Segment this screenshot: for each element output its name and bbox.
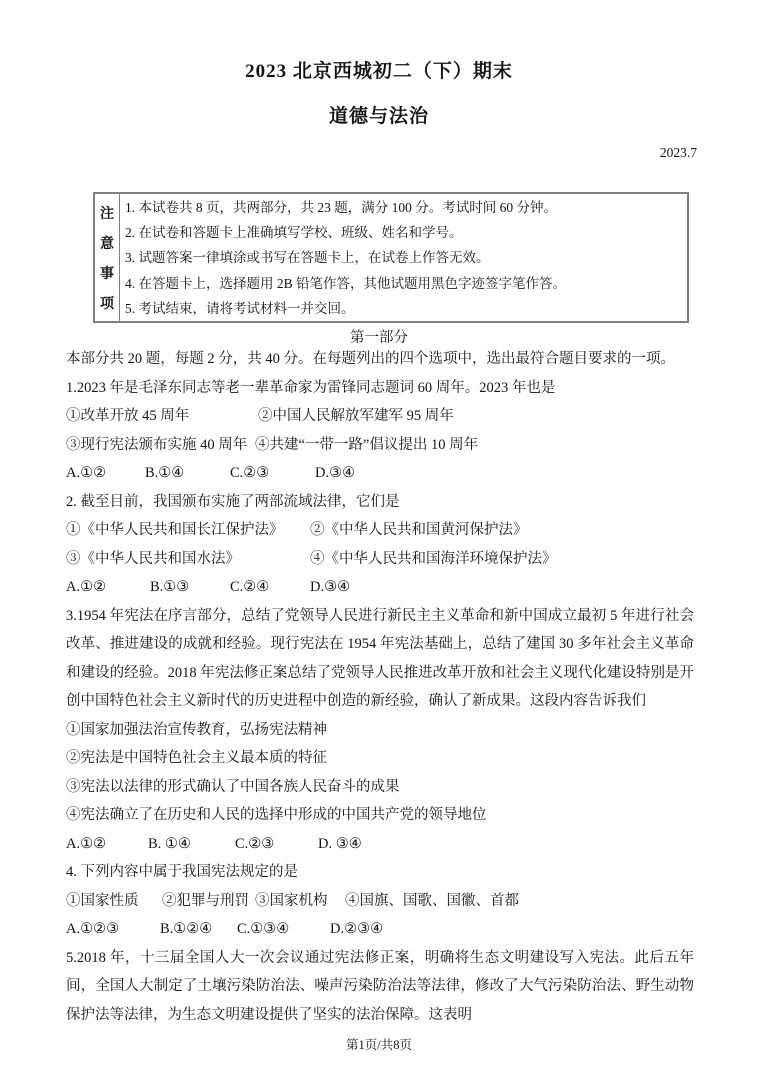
notice-label-char: 事 xyxy=(100,263,114,283)
option-item: ③国家机构 xyxy=(255,887,345,916)
section-intro: 本部分共 20 题，每题 2 分，共 40 分。在每题列出的四个选项中，选出最符… xyxy=(66,345,694,374)
q4-option-row: ①国家性质 ②犯罪与刑罚 ③国家机构 ④国旗、国歌、国徽、首都 xyxy=(66,887,694,916)
answer-choice-b: B. ①④ xyxy=(148,830,235,859)
notice-item-list: 1. 本试卷共 8 页，共两部分，共 23 题，满分 100 分。考试时间 60… xyxy=(120,194,687,321)
answer-choice-d: D. ③④ xyxy=(318,830,362,859)
answer-choice-c: C.②④ xyxy=(230,573,310,602)
exam-title: 2023 北京西城初二（下）期末 xyxy=(0,56,758,83)
option-item: ①国家性质 xyxy=(66,887,162,916)
notice-item: 5. 考试结束，请将考试材料一并交回。 xyxy=(125,296,679,321)
q3-stem: 3.1954 年宪法在序言部分，总结了党领导人民进行新民主主义革命和新中国成立最… xyxy=(66,602,694,716)
option-item: ②《中华人民共和国黄河保护法》 xyxy=(310,516,528,545)
notice-label-char: 注 xyxy=(100,203,114,223)
exam-date: 2023.7 xyxy=(660,145,697,161)
notice-item: 4. 在答题卡上，选择题用 2B 铅笔作答，其他试题用黑色字迹签字笔作答。 xyxy=(125,271,679,296)
answer-choice-c: C.②③ xyxy=(235,830,318,859)
notice-item: 2. 在试卷和答题卡上准确填写学校、班级、姓名和学号。 xyxy=(125,220,679,245)
section-heading: 第一部分 xyxy=(0,326,758,347)
answer-choice-d: D.③④ xyxy=(315,459,355,488)
option-item: ③《中华人民共和国水法》 xyxy=(66,545,310,574)
q3-item: ④宪法确立了在历史和人民的选择中形成的中国共产党的领导地位 xyxy=(66,801,694,830)
answer-choice-c: C.①③④ xyxy=(237,915,330,944)
option-item: ①改革开放 45 周年 xyxy=(66,402,258,431)
option-item: ④共建“一带一路”倡议提出 10 周年 xyxy=(255,431,478,460)
option-item: ④《中华人民共和国海洋环境保护法》 xyxy=(310,545,557,574)
q3-answer-row: A.①② B. ①④ C.②③ D. ③④ xyxy=(66,830,694,859)
answer-choice-c: C.②③ xyxy=(230,459,315,488)
option-item: ③现行宪法颁布实施 40 周年 xyxy=(66,431,255,460)
q3-item: ②宪法是中国特色社会主义最本质的特征 xyxy=(66,744,694,773)
answer-choice-a: A.①②③ xyxy=(66,915,160,944)
q2-stem: 2. 截至目前，我国颁布实施了两部流域法律，它们是 xyxy=(66,488,694,517)
notice-label-char: 项 xyxy=(100,293,114,313)
q3-item: ①国家加强法治宣传教育，弘扬宪法精神 xyxy=(66,716,694,745)
option-item: ②中国人民解放军建军 95 周年 xyxy=(258,402,454,431)
q1-stem: 1.2023 年是毛泽东同志等老一辈革命家为雷锋同志题词 60 周年。2023 … xyxy=(66,374,694,403)
answer-choice-b: B.①④ xyxy=(145,459,230,488)
answer-choice-a: A.①② xyxy=(66,459,145,488)
answer-choice-b: B.①②④ xyxy=(160,915,237,944)
question-area: 本部分共 20 题，每题 2 分，共 40 分。在每题列出的四个选项中，选出最符… xyxy=(66,345,694,1029)
option-item: ②犯罪与刑罚 xyxy=(162,887,255,916)
q2-option-row: ③《中华人民共和国水法》 ④《中华人民共和国海洋环境保护法》 xyxy=(66,545,694,574)
notice-box: 注 意 事 项 1. 本试卷共 8 页，共两部分，共 23 题，满分 100 分… xyxy=(93,192,689,323)
answer-choice-a: A.①② xyxy=(66,573,150,602)
notice-label: 注 意 事 项 xyxy=(95,194,120,321)
q1-option-row: ①改革开放 45 周年 ②中国人民解放军建军 95 周年 xyxy=(66,402,694,431)
q4-stem: 4. 下列内容中属于我国宪法规定的是 xyxy=(66,858,694,887)
answer-choice-b: B.①③ xyxy=(150,573,230,602)
notice-item: 3. 试题答案一律填涂或书写在答题卡上，在试卷上作答无效。 xyxy=(125,245,679,270)
option-item: ④国旗、国歌、国徽、首都 xyxy=(345,887,519,916)
notice-item: 1. 本试卷共 8 页，共两部分，共 23 题，满分 100 分。考试时间 60… xyxy=(125,195,679,220)
answer-choice-d: D.②③④ xyxy=(330,915,383,944)
exam-paper-page: 2023 北京西城初二（下）期末 道德与法治 2023.7 注 意 事 项 1.… xyxy=(0,0,758,1072)
option-item: ①《中华人民共和国长江保护法》 xyxy=(66,516,310,545)
q3-item: ③宪法以法律的形式确认了中国各族人民奋斗的成果 xyxy=(66,773,694,802)
answer-choice-a: A.①② xyxy=(66,830,148,859)
q2-answer-row: A.①② B.①③ C.②④ D.③④ xyxy=(66,573,694,602)
exam-subject: 道德与法治 xyxy=(0,101,758,128)
q2-option-row: ①《中华人民共和国长江保护法》 ②《中华人民共和国黄河保护法》 xyxy=(66,516,694,545)
q1-option-row: ③现行宪法颁布实施 40 周年 ④共建“一带一路”倡议提出 10 周年 xyxy=(66,431,694,460)
answer-choice-d: D.③④ xyxy=(310,573,350,602)
q5-stem: 5.2018 年，十三届全国人大一次会议通过宪法修正案，明确将生态文明建设写入宪… xyxy=(66,944,694,1030)
q4-answer-row: A.①②③ B.①②④ C.①③④ D.②③④ xyxy=(66,915,694,944)
q1-answer-row: A.①② B.①④ C.②③ D.③④ xyxy=(66,459,694,488)
page-footer: 第1页/共8页 xyxy=(0,1035,758,1053)
notice-label-char: 意 xyxy=(100,233,114,253)
